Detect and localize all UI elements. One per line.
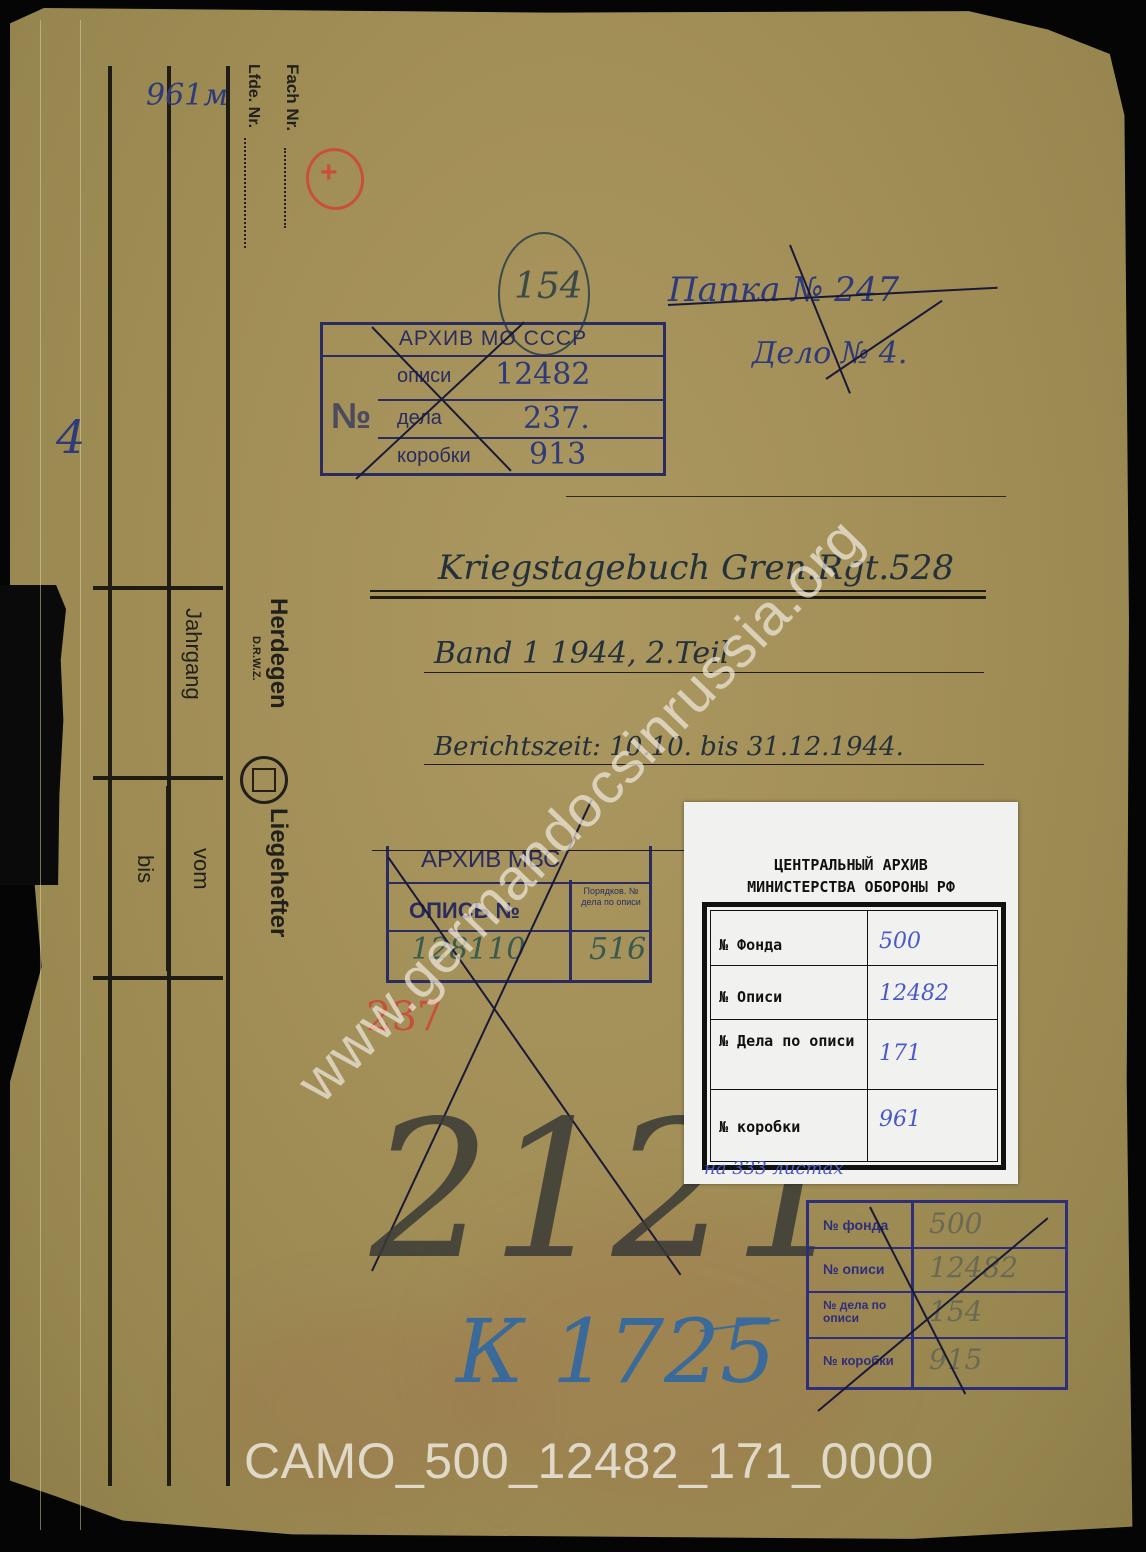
br-stamp-key-opis: № описи (823, 1261, 885, 1277)
label-key-fond: № Фонда (719, 935, 782, 955)
circled-number-text: 154 (514, 266, 583, 307)
manufacturer-logo-icon (240, 756, 288, 804)
margin-line-3 (226, 66, 230, 1486)
label-value-opis: 12482 (879, 981, 949, 1006)
torn-edge (0, 585, 66, 885)
label-value-fond: 500 (879, 929, 921, 954)
central-archive-label: ЦЕНТРАЛЬНЫЙ АРХИВ МИНИСТЕРСТВА ОБОРОНЫ Р… (684, 802, 1018, 1184)
lfde-nr-dots (244, 138, 248, 248)
fold-crease (40, 20, 41, 1530)
rule-line (424, 764, 984, 765)
label-header-line1: ЦЕНТРАЛЬНЫЙ АРХИВ (684, 854, 1018, 876)
product-name: Liegehefter (264, 808, 292, 937)
handwritten-number-top: 961м (146, 78, 228, 113)
k-number: К 1725 (456, 1300, 776, 1403)
stamp-value-korobki: 913 (529, 437, 586, 472)
field-divider (93, 586, 223, 590)
stamp-number-sign: № (331, 395, 371, 437)
vom-bis-divider (166, 786, 168, 971)
stamp-value-opisi: 12482 (495, 357, 590, 392)
stamp-label-opisi: описи (397, 365, 451, 388)
field-divider (93, 776, 223, 780)
fach-nr-dots (284, 148, 288, 228)
label-key-delo: № Дела по описи (719, 1031, 859, 1051)
field-divider (93, 976, 223, 980)
stamp-label-korobki: коробки (397, 445, 471, 468)
rule-line (566, 496, 1006, 497)
manufacturer-name: Herdegen (264, 598, 292, 709)
fold-crease (80, 20, 81, 1530)
stamp-mvs-right-value: 516 (589, 932, 646, 967)
file-id-caption: CAMO_500_12482_171_0000 (244, 1432, 934, 1490)
label-header-line2: МИНИСТЕРСТВА ОБОРОНЫ РФ (684, 876, 1018, 898)
red-plus-mark: + (320, 156, 338, 190)
stamp-bottom-right: № фонда 500 № описи 12482 № дела по опис… (806, 1200, 1068, 1390)
br-stamp-value-fond: 500 (929, 1207, 982, 1240)
field-lfde-nr: Lfde. Nr. (244, 64, 262, 128)
label-key-opis: № Описи (719, 987, 782, 1007)
document-title: Kriegstagebuch Gren.Rgt.528 (438, 548, 954, 588)
field-bis: bis (132, 855, 158, 883)
label-header: ЦЕНТРАЛЬНЫЙ АРХИВ МИНИСТЕРСТВА ОБОРОНЫ Р… (684, 854, 1018, 898)
label-footer-note: на 333 листах (704, 1158, 843, 1179)
label-value-korobka: 961 (879, 1107, 921, 1132)
label-value-delo: 171 (879, 1041, 921, 1066)
stamp-value-dela: 237. (523, 401, 590, 436)
field-jahrgang: Jahrgang (180, 608, 206, 700)
field-fach-nr: Fach Nr. (282, 64, 302, 131)
manufacturer-sub: D.R.W.Z. (250, 636, 262, 681)
title-underline (370, 596, 986, 599)
label-table: № Фонда 500 № Описи 12482 № Дела по опис… (702, 902, 1006, 1170)
label-key-korobka: № коробки (719, 1117, 800, 1137)
br-stamp-key-delo: № дела по описи (823, 1299, 909, 1325)
handwritten-number-side: 4 (56, 410, 85, 464)
field-vom: vom (188, 848, 214, 890)
title-underline (370, 590, 986, 592)
br-stamp-value-korobka: 915 (929, 1343, 982, 1376)
stamp-mvs-right-header: Порядков. № дела по описи (579, 886, 643, 908)
